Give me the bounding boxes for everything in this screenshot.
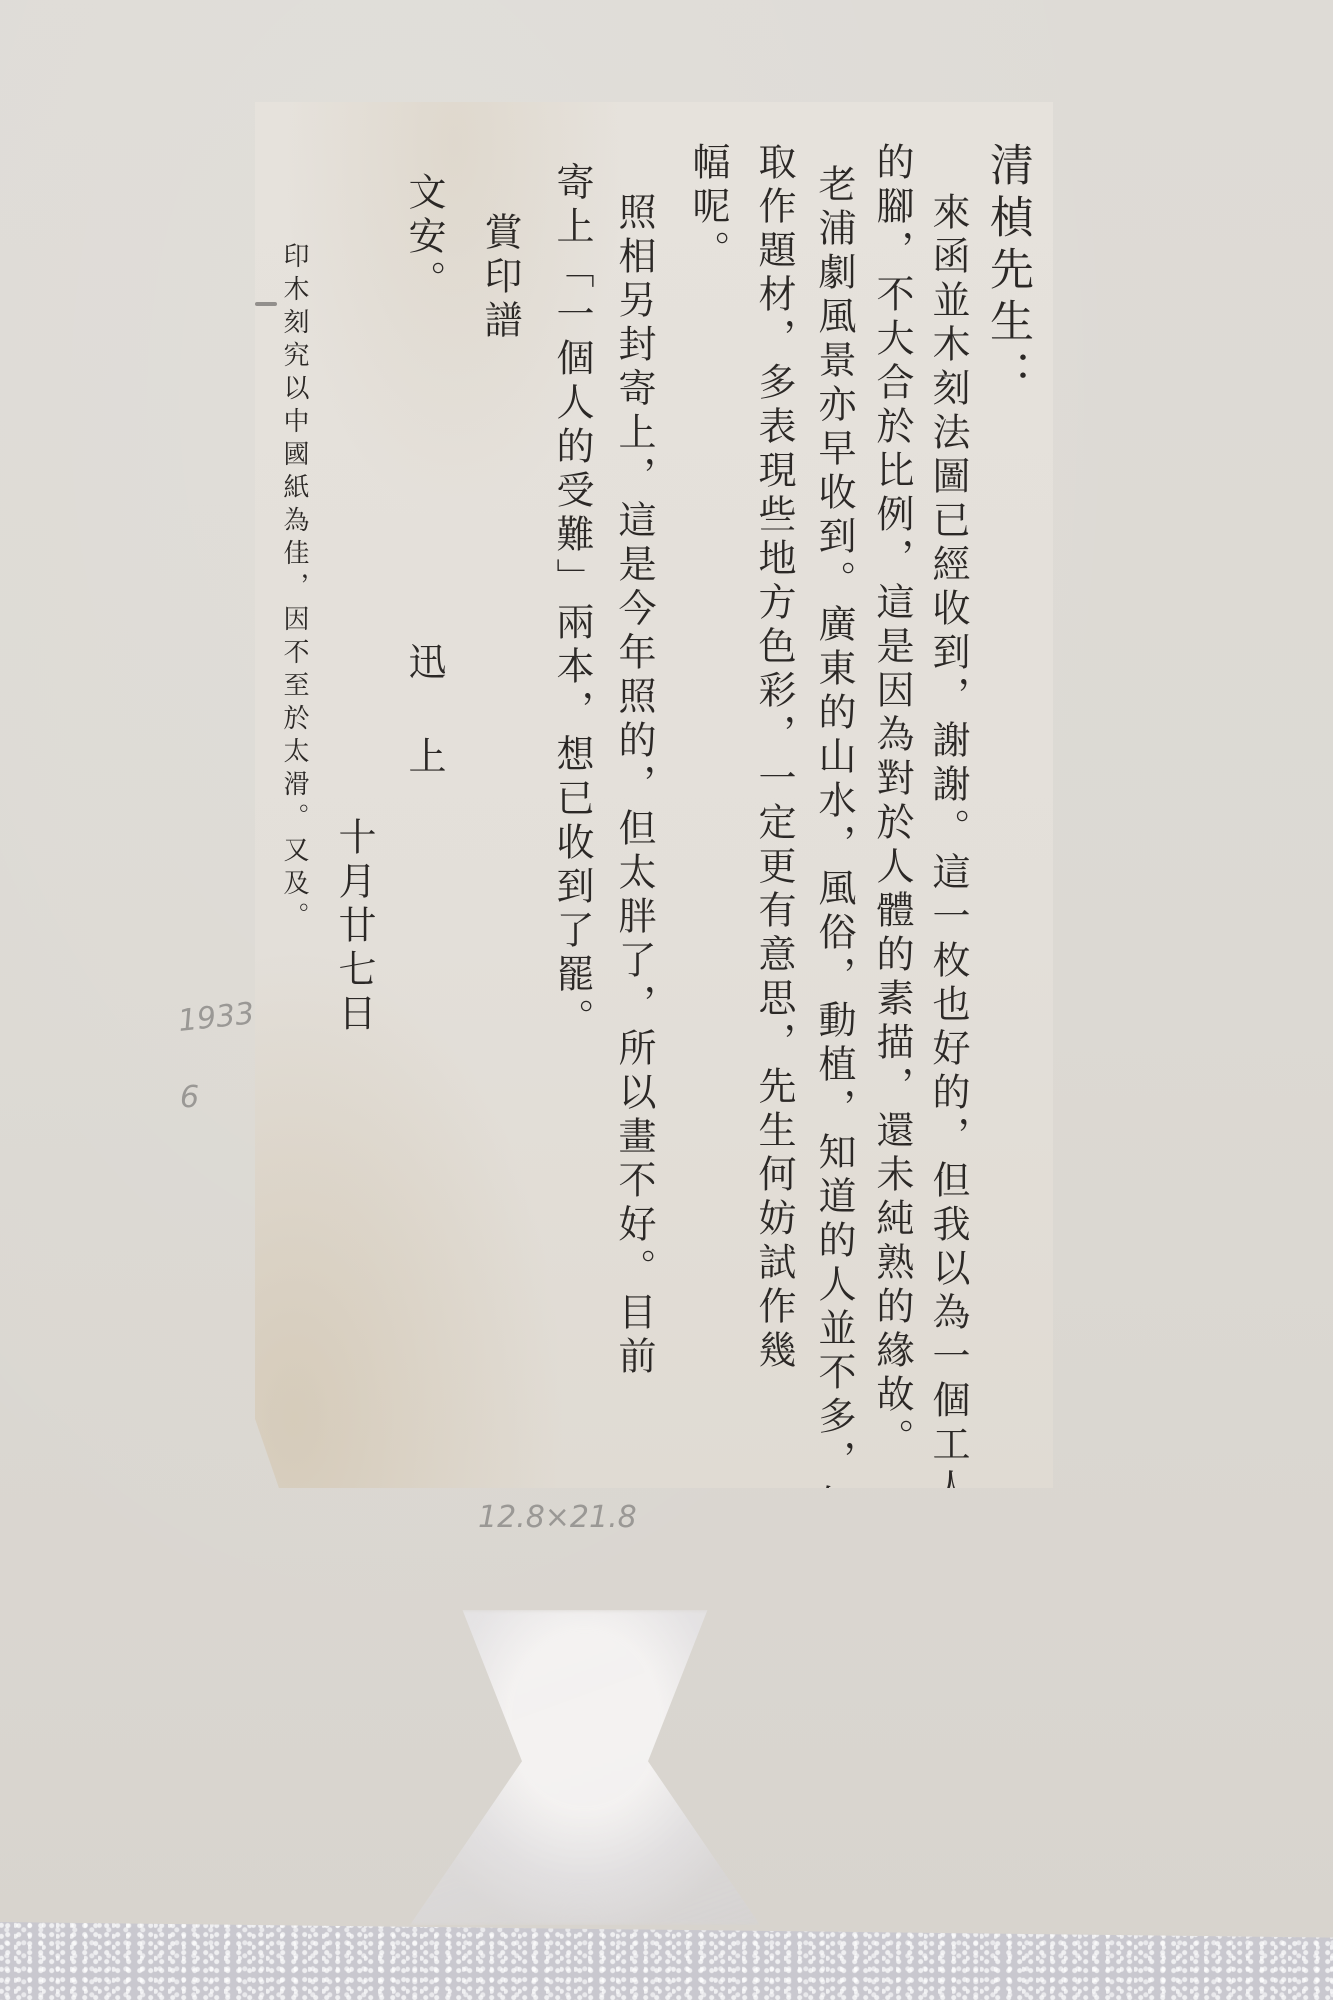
pencil-mark bbox=[255, 302, 277, 306]
letter-paper: 清楨先生： 來函並木刻法圖已經收到，謝謝。這一枚也好的，但我以為一個工人 的腳，… bbox=[255, 102, 1053, 1488]
letter-column-3: 老浦劇風景亦早收到。廣東的山水，風俗，動植，知道的人並不多，如 bbox=[815, 164, 853, 1528]
letter-column-8: 賞印譜 bbox=[481, 212, 519, 344]
letter-column-5: 幅呢。 bbox=[689, 142, 727, 274]
letter-column-2: 的腳，不大合於比例，這是因為對於人體的素描，還未純熟的緣故。 bbox=[873, 142, 911, 1462]
letter-column-7: 寄上「一個人的受難」兩本，想已收到了罷。 bbox=[553, 162, 591, 1042]
letter-sign-off: 迅 上 bbox=[405, 642, 443, 780]
letter-closing: 文安。 bbox=[405, 172, 443, 304]
letter-column-1: 來函並木刻法圖已經收到，謝謝。這一枚也好的，但我以為一個工人 bbox=[929, 192, 967, 1512]
letter-column-6: 照相另封寄上，這是今年照的，但太胖了，所以畫不好。目前 bbox=[615, 192, 653, 1380]
number-note: 6 bbox=[180, 1080, 199, 1115]
letter-date: 十月廿七日 bbox=[335, 817, 373, 1037]
letter-postscript: 印木刻究以中國紙為佳，因不至於太滑。又及。 bbox=[281, 242, 307, 935]
letter-salutation: 清楨先生： bbox=[985, 142, 1029, 402]
dimensions-note: 12.8×21.8 bbox=[478, 1500, 637, 1535]
letter-column-4: 取作題材，多表現些地方色彩，一定更有意思，先生何妨試作幾 bbox=[755, 142, 793, 1374]
